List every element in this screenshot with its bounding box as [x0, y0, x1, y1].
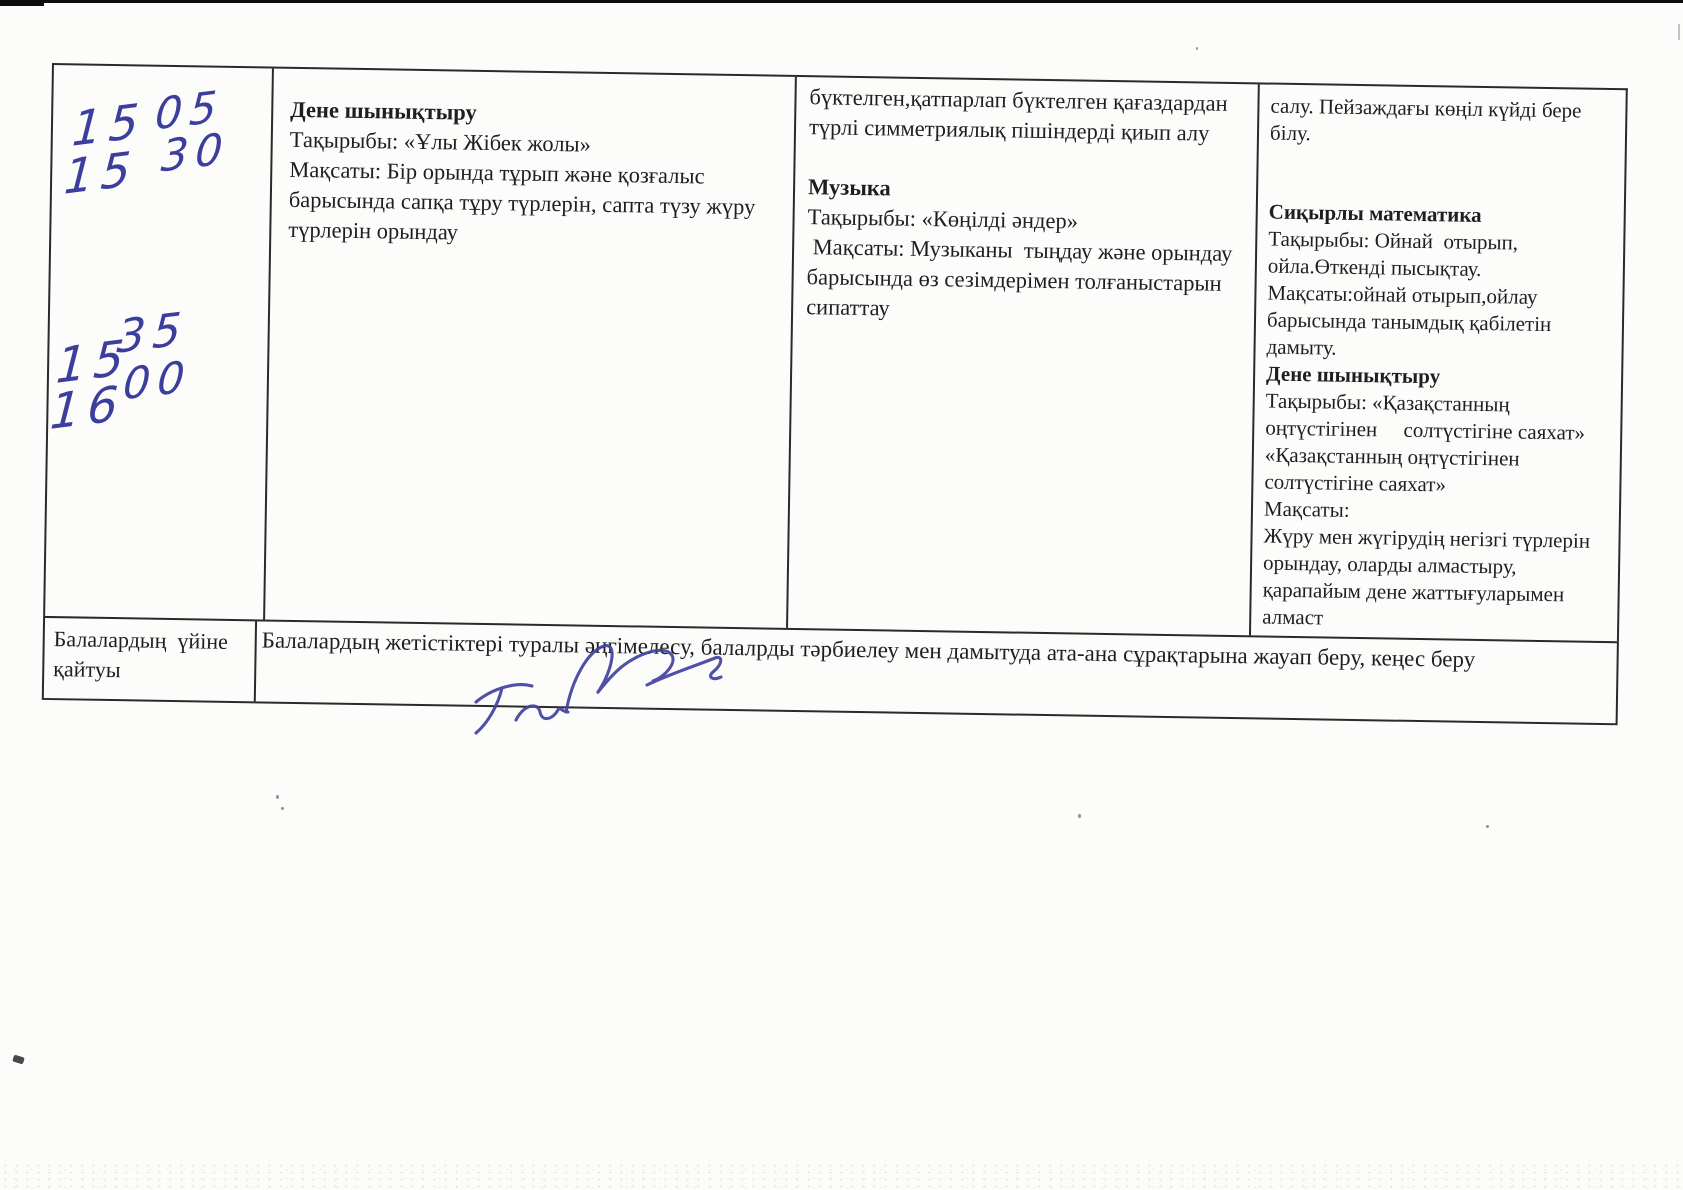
- scan-top-corner-smudge: [0, 0, 44, 6]
- activity-continuation-text: бүктелген,қатпарлап бүктелген қағаздарда…: [809, 82, 1242, 149]
- scan-top-edge: [0, 0, 1683, 3]
- lesson-plan-table: Дене шынықтыру Тақырыбы: «Ұлы Жібек жолы…: [42, 63, 1628, 725]
- scan-speck: [1078, 814, 1081, 818]
- activity-cell-math-and-pe: салу. Пейзаждағы көңіл күйді бере білу. …: [1251, 84, 1630, 641]
- activity-goal: алмаст: [1262, 604, 1613, 637]
- scan-speck: [276, 795, 279, 799]
- activity-cell-physical-education: Дене шынықтыру Тақырыбы: «Ұлы Жібек жолы…: [265, 69, 797, 628]
- handwritten-hour: 15: [62, 141, 139, 206]
- signature-icon: [460, 630, 735, 748]
- scanned-document-page: Дене шынықтыру Тақырыбы: «Ұлы Жібек жолы…: [0, 0, 1683, 1190]
- scan-ink-mark: [12, 1054, 25, 1064]
- scan-right-edge-mark: [1678, 24, 1680, 40]
- going-home-label: Балалардың үйіне қайтуы: [53, 624, 247, 687]
- activity-goal: Мақсаты: Бір орында тұрып және қозғалыс …: [288, 155, 775, 253]
- scan-speck: [1486, 825, 1489, 828]
- activity-continuation-text: білу.: [1270, 120, 1621, 153]
- handwritten-minute: 00: [121, 351, 193, 410]
- handwritten-minute: 30: [159, 123, 231, 182]
- activities-row: Дене шынықтыру Тақырыбы: «Ұлы Жібек жолы…: [43, 63, 1628, 641]
- activity-continuation-text: салу. Пейзаждағы көңіл күйді бере: [1270, 93, 1621, 126]
- going-home-label-cell: Балалардың үйіне қайтуы: [44, 618, 257, 701]
- activity-goal: Мақсаты: Музыканы тыңдау және орындау ба…: [806, 232, 1239, 329]
- scan-bottom-noise: [0, 1162, 1683, 1190]
- handwritten-hour: 16: [48, 375, 126, 441]
- scan-speck: [1196, 47, 1198, 50]
- activity-cell-music: бүктелген,қатпарлап бүктелген қағаздарда…: [788, 77, 1260, 635]
- scan-speck: [281, 807, 284, 810]
